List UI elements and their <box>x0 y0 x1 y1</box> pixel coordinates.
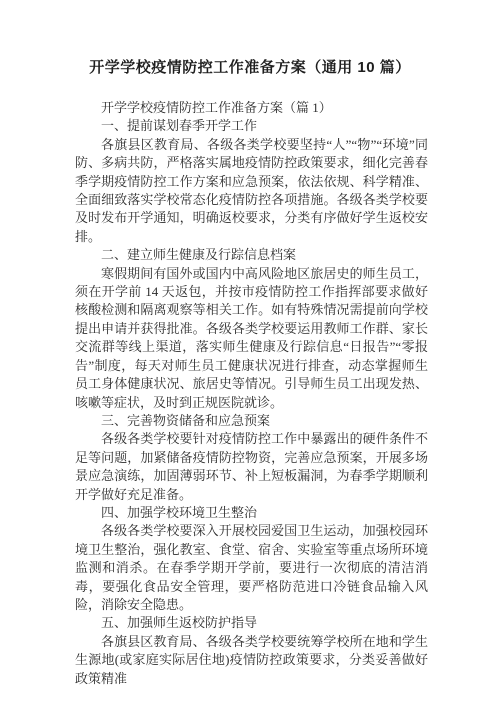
section-heading-2: 二、建立师生健康及行踪信息档案 <box>75 246 428 264</box>
document-subtitle: 开学学校疫情防控工作准备方案（篇 1） <box>75 99 428 117</box>
section-heading-5: 五、加强师生返校防护指导 <box>75 614 428 632</box>
section-paragraph-2: 寒假期间有国外或国内中高风险地区旅居史的师生员工，须在开学前 14 天返包，并按… <box>75 265 428 412</box>
section-paragraph-5: 各旗县区教育局、各级各类学校要统筹学校所在地和学生生源地(或家庭实际居住地)疫情… <box>75 633 428 688</box>
section-paragraph-1: 各旗县区教育局、各级各类学校要坚持“人”“物”“环境”同防、多病共防，严格落实属… <box>75 136 428 246</box>
document-body: 开学学校疫情防控工作准备方案（篇 1） 一、提前谋划春季开学工作 各旗县区教育局… <box>75 99 428 688</box>
section-heading-4: 四、加强学校环境卫生整治 <box>75 504 428 522</box>
section-heading-3: 三、完善物资储备和应急预案 <box>75 412 428 430</box>
document-page: 开学学校疫情防控工作准备方案（通用 10 篇） 开学学校疫情防控工作准备方案（篇… <box>0 0 500 707</box>
document-title: 开学学校疫情防控工作准备方案（通用 10 篇） <box>30 57 470 78</box>
section-paragraph-3: 各级各类学校要针对疫情防控工作中暴露出的硬件条件不足等问题，加紧储备疫情防控物资… <box>75 430 428 504</box>
section-heading-1: 一、提前谋划春季开学工作 <box>75 117 428 135</box>
section-paragraph-4: 各级各类学校要深入开展校园爱国卫生运动，加强校园环境卫生整治，强化教室、食堂、宿… <box>75 522 428 614</box>
